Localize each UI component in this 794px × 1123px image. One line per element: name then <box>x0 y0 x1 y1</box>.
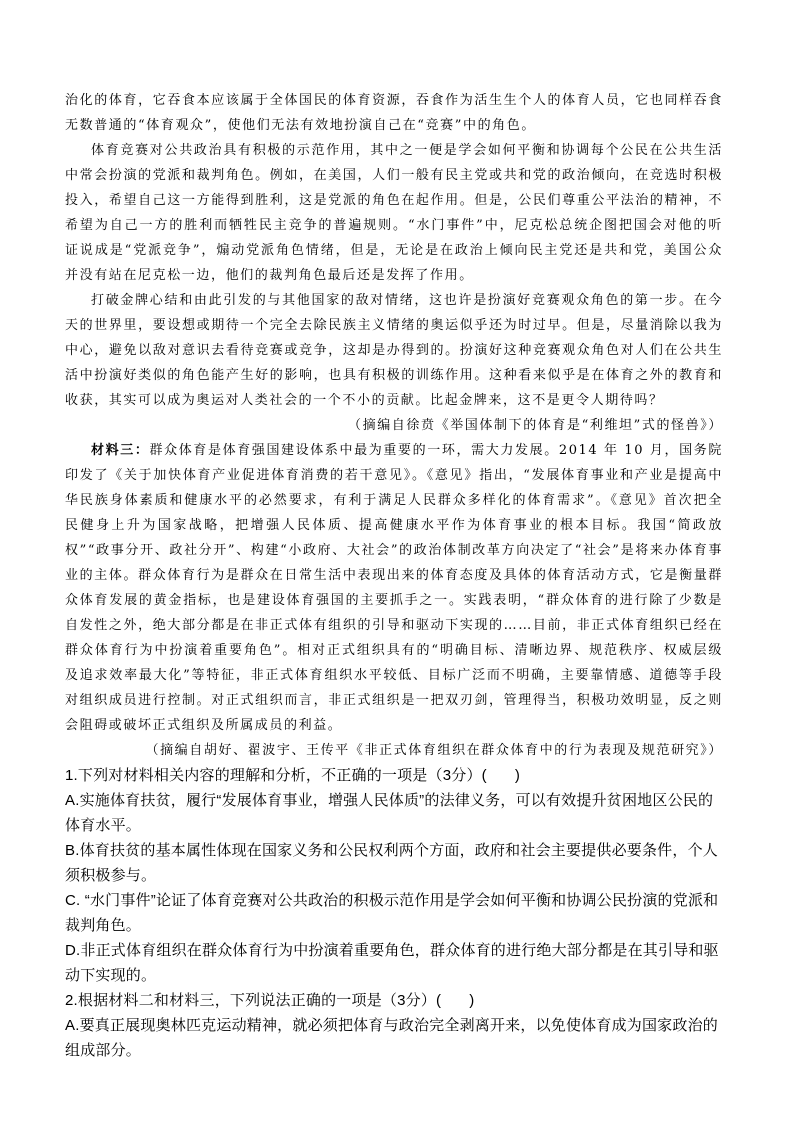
citation: （摘编自胡好、翟波宇、王传平《非正式体育组织在群众体育中的行为表现及规范研究》） <box>65 738 723 763</box>
passage-paragraph: 体育竞赛对公共政治具有积极的示范作用，其中之一便是学会如何平衡和协调每个公民在公… <box>65 138 723 288</box>
question-1: 1.下列对材料相关内容的理解和分析，不正确的一项是（3分）() A.实施体育扶贫… <box>65 763 723 988</box>
passage-paragraph: 打破金牌心结和由此引发的与其他国家的敌对情绪，这也许是扮演好竞赛观众角色的第一步… <box>65 288 723 413</box>
question-stem: 2.根据材料二和材料三，下列说法正确的一项是（3分）() <box>65 988 723 1013</box>
passage-paragraph: 治化的体育，它吞食本应该属于全体国民的体育资源，吞食作为活生生个人的体育人员，它… <box>65 88 723 138</box>
material-three-paragraph: 材料三：群众体育是体育强国建设体系中最为重要的一环，需大力发展。2014 年 1… <box>65 438 723 738</box>
questions-section: 1.下列对材料相关内容的理解和分析，不正确的一项是（3分）() A.实施体育扶贫… <box>65 763 723 1063</box>
question-stem: 1.下列对材料相关内容的理解和分析，不正确的一项是（3分）() <box>65 763 723 788</box>
material-label: 材料三： <box>91 443 149 458</box>
question-2: 2.根据材料二和材料三，下列说法正确的一项是（3分）() A.要真正展现奥林匹克… <box>65 988 723 1063</box>
option-d: D.非正式体育组织在群众体育行为中扮演着重要角色，群众体育的进行绝大部分都是在其… <box>65 938 723 988</box>
option-b: B.体育扶贫的基本属性体现在国家义务和公民权利两个方面，政府和社会主要提供必要条… <box>65 838 723 888</box>
option-c: C. “水门事件”论证了体育竞赛对公共政治的积极示范作用是学会如何平衡和协调公民… <box>65 888 723 938</box>
citation: （摘编自徐贲《举国体制下的体育是“利维坦”式的怪兽》） <box>65 413 723 438</box>
reading-passage: 治化的体育，它吞食本应该属于全体国民的体育资源，吞食作为活生生个人的体育人员，它… <box>65 88 723 763</box>
material-text: 群众体育是体育强国建设体系中最为重要的一环，需大力发展。2014 年 10 月，… <box>65 443 723 733</box>
exam-page: 治化的体育，它吞食本应该属于全体国民的体育资源，吞食作为活生生个人的体育人员，它… <box>65 88 723 1063</box>
option-a: A.要真正展现奥林匹克运动精神，就必须把体育与政治完全剥离开来，以免使体育成为国… <box>65 1013 723 1063</box>
option-a: A.实施体育扶贫，履行“发展体育事业，增强人民体质”的法律义务，可以有效提升贫困… <box>65 788 723 838</box>
